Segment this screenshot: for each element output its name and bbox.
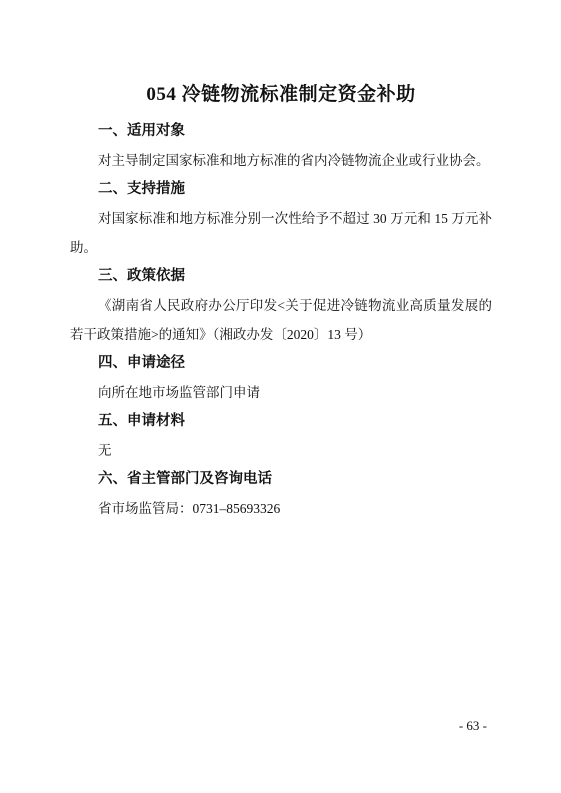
section-heading: 五、申请材料 <box>70 407 492 436</box>
section-application-channel: 四、申请途径 向所在地市场监管部门申请 <box>70 349 492 407</box>
section-contact-department: 六、省主管部门及咨询电话 省市场监管局：0731–85693326 <box>70 465 492 523</box>
section-heading: 二、支持措施 <box>70 175 492 204</box>
section-body: 《湖南省人民政府办公厅印发<关于促进冷链物流业高质量发展的若干政策措施>的通知》… <box>70 291 492 349</box>
section-heading: 三、政策依据 <box>70 262 492 291</box>
document-page: 054 冷链物流标准制定资金补助 一、适用对象 对主导制定国家标准和地方标准的省… <box>0 0 561 793</box>
page-number: - 63 - <box>459 719 487 733</box>
section-heading: 一、适用对象 <box>70 117 492 146</box>
section-heading: 四、申请途径 <box>70 349 492 378</box>
section-applicable-targets: 一、适用对象 对主导制定国家标准和地方标准的省内冷链物流企业或行业协会。 <box>70 117 492 175</box>
document-title: 054 冷链物流标准制定资金补助 <box>70 84 492 106</box>
section-heading: 六、省主管部门及咨询电话 <box>70 465 492 494</box>
section-body: 对主导制定国家标准和地方标准的省内冷链物流企业或行业协会。 <box>70 146 492 175</box>
section-body: 向所在地市场监管部门申请 <box>70 378 492 407</box>
section-policy-basis: 三、政策依据 《湖南省人民政府办公厅印发<关于促进冷链物流业高质量发展的若干政策… <box>70 262 492 349</box>
section-body: 对国家标准和地方标准分别一次性给予不超过 30 万元和 15 万元补助。 <box>70 204 492 262</box>
section-application-materials: 五、申请材料 无 <box>70 407 492 465</box>
section-body: 省市场监管局：0731–85693326 <box>70 494 492 523</box>
section-body: 无 <box>70 436 492 465</box>
section-support-measures: 二、支持措施 对国家标准和地方标准分别一次性给予不超过 30 万元和 15 万元… <box>70 175 492 262</box>
